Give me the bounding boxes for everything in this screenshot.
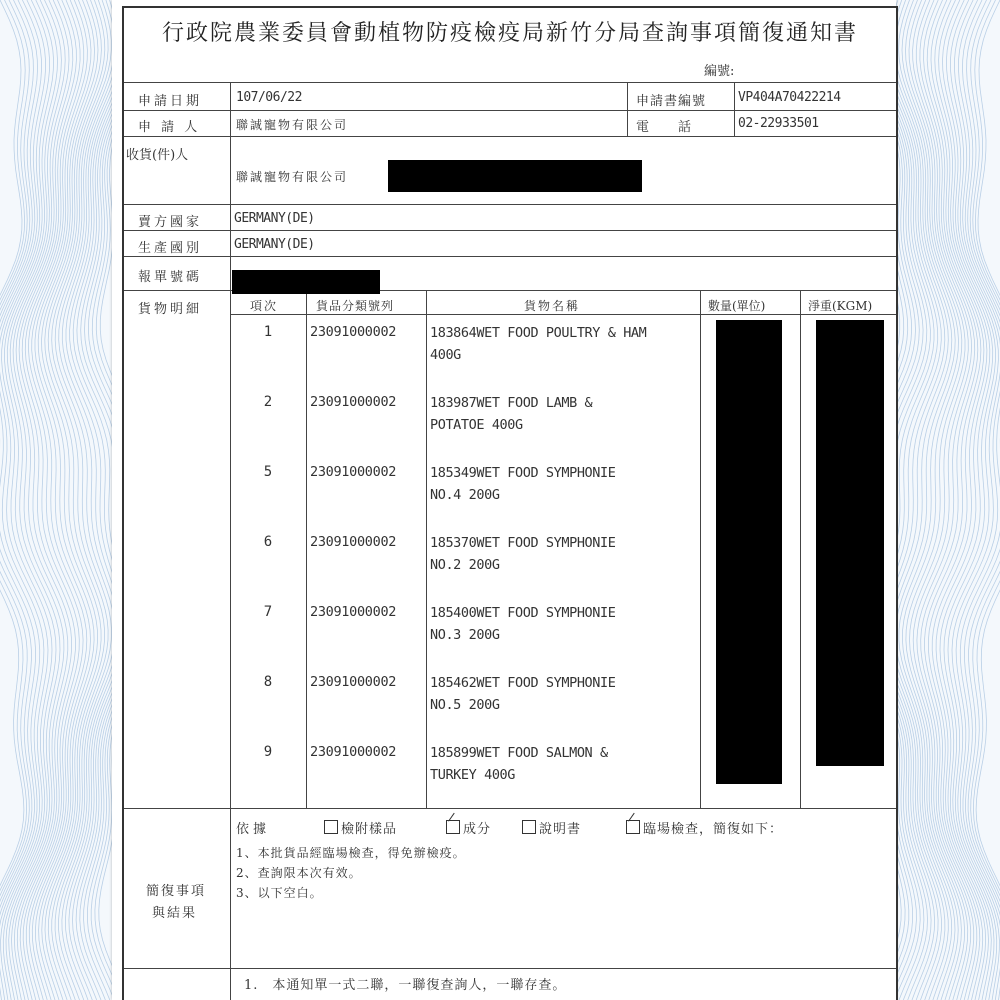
goods-row-code: 23091000002 bbox=[310, 464, 396, 480]
guilloche-background-right bbox=[880, 0, 1000, 1000]
goods-row-name-line1: 183864WET FOOD POULTRY & HAM bbox=[430, 322, 700, 344]
form-frame: 行政院農業委員會動植物防疫檢疫局新竹分局查詢事項簡復通知書 編號: 申請日期 1… bbox=[122, 6, 898, 1000]
goods-row-code: 23091000002 bbox=[310, 534, 396, 550]
header-weight: 淨重(KGM) bbox=[808, 297, 872, 314]
consignee-label: 收貨(件)人 bbox=[126, 144, 188, 163]
goods-row-name-line1: 185349WET FOOD SYMPHONIE bbox=[430, 462, 700, 484]
redacted-consignee-address bbox=[388, 160, 642, 192]
goods-row-name: 185899WET FOOD SALMON &TURKEY 400G bbox=[430, 742, 700, 786]
bill-no-label: 報單號碼 bbox=[138, 266, 202, 285]
seller-country-label: 賣方國家 bbox=[138, 211, 202, 230]
goods-row-name: 183864WET FOOD POULTRY & HAM400G bbox=[430, 322, 700, 366]
option-manual[interactable]: 說明書 bbox=[522, 818, 581, 837]
reply-label-line2: 與結果 bbox=[152, 902, 197, 921]
goods-row-name-line1: 185370WET FOOD SYMPHONIE bbox=[430, 532, 700, 554]
goods-row-code: 23091000002 bbox=[310, 394, 396, 410]
origin-country-value: GERMANY(DE) bbox=[234, 237, 315, 252]
header-name: 貨物名稱 bbox=[524, 297, 580, 314]
reply-label-line1: 簡復事項 bbox=[146, 880, 206, 899]
goods-row-name-line1: 185400WET FOOD SYMPHONIE bbox=[430, 602, 700, 624]
consignee-value: 聯誠寵物有限公司 bbox=[236, 168, 348, 185]
goods-row-item: 7 bbox=[230, 604, 306, 620]
goods-row-name-line1: 185462WET FOOD SYMPHONIE bbox=[430, 672, 700, 694]
goods-detail-label: 貨物明細 bbox=[138, 298, 202, 317]
header-item: 項次 bbox=[250, 297, 278, 314]
document-page: 行政院農業委員會動植物防疫檢疫局新竹分局查詢事項簡復通知書 編號: 申請日期 1… bbox=[112, 0, 896, 1000]
goods-row-name-line1: 183987WET FOOD LAMB & bbox=[430, 392, 700, 414]
guilloche-background-left bbox=[0, 0, 120, 1000]
checkbox-onsite-inspection[interactable] bbox=[626, 820, 640, 834]
header-code: 貨品分類號列 bbox=[316, 297, 394, 314]
goods-row-code: 23091000002 bbox=[310, 674, 396, 690]
seller-country-value: GERMANY(DE) bbox=[234, 211, 315, 226]
goods-row-name: 185370WET FOOD SYMPHONIENO.2 200G bbox=[430, 532, 700, 576]
goods-row-name-line2: POTATOE 400G bbox=[430, 414, 700, 436]
goods-row-item: 8 bbox=[230, 674, 306, 690]
goods-row-name-line2: NO.4 200G bbox=[430, 484, 700, 506]
application-date-value: 107/06/22 bbox=[236, 90, 302, 105]
goods-row-item: 6 bbox=[230, 534, 306, 550]
goods-row-name-line2: NO.3 200G bbox=[430, 624, 700, 646]
goods-row-name-line2: NO.5 200G bbox=[430, 694, 700, 716]
checkbox-manual[interactable] bbox=[522, 820, 536, 834]
goods-row-item: 9 bbox=[230, 744, 306, 760]
goods-row-name-line2: 400G bbox=[430, 344, 700, 366]
application-no-label: 申請書編號 bbox=[636, 90, 706, 109]
applicant-label: 申 請 人 bbox=[138, 116, 200, 135]
goods-row-item: 5 bbox=[230, 464, 306, 480]
header-qty: 數量(單位) bbox=[708, 297, 765, 314]
goods-row-code: 23091000002 bbox=[310, 324, 396, 340]
redacted-bill-no bbox=[232, 270, 380, 294]
goods-row-name-line1: 185899WET FOOD SALMON & bbox=[430, 742, 700, 764]
reply-item-1: 1、本批貨品經臨場檢查，得免辦檢疫。 bbox=[236, 844, 466, 861]
checkbox-ingredients[interactable] bbox=[446, 820, 460, 834]
applicant-value: 聯誠寵物有限公司 bbox=[236, 116, 348, 133]
phone-value: 02-22933501 bbox=[738, 116, 819, 131]
reply-item-2: 2、查詢限本次有效。 bbox=[236, 864, 362, 881]
option-onsite-inspection[interactable]: 臨場檢查，簡復如下： bbox=[626, 818, 783, 837]
application-date-label: 申請日期 bbox=[138, 90, 202, 109]
goods-row-name: 185349WET FOOD SYMPHONIENO.4 200G bbox=[430, 462, 700, 506]
option-sample[interactable]: 檢附樣品 bbox=[324, 818, 397, 837]
goods-row-code: 23091000002 bbox=[310, 604, 396, 620]
goods-row-item: 2 bbox=[230, 394, 306, 410]
footer-note-1: 1. 本通知單一式二聯，一聯復查詢人，一聯存查。 bbox=[244, 974, 566, 993]
origin-country-label: 生產國別 bbox=[138, 237, 202, 256]
goods-row-name: 183987WET FOOD LAMB &POTATOE 400G bbox=[430, 392, 700, 436]
reply-item-3: 3、以下空白。 bbox=[236, 884, 323, 901]
goods-row-name: 185462WET FOOD SYMPHONIENO.5 200G bbox=[430, 672, 700, 716]
serial-label: 編號: bbox=[704, 60, 734, 79]
phone-label: 電 話 bbox=[636, 116, 692, 135]
goods-row-item: 1 bbox=[230, 324, 306, 340]
checkbox-sample[interactable] bbox=[324, 820, 338, 834]
goods-row-code: 23091000002 bbox=[310, 744, 396, 760]
document-title: 行政院農業委員會動植物防疫檢疫局新竹分局查詢事項簡復通知書 bbox=[124, 16, 896, 47]
goods-row-name-line2: NO.2 200G bbox=[430, 554, 700, 576]
option-ingredients[interactable]: 成分 bbox=[446, 818, 491, 837]
goods-row-name: 185400WET FOOD SYMPHONIENO.3 200G bbox=[430, 602, 700, 646]
redacted-weight-column bbox=[816, 320, 884, 766]
goods-row-name-line2: TURKEY 400G bbox=[430, 764, 700, 786]
application-no-value: VP404A70422214 bbox=[738, 90, 841, 105]
basis-label: 依據 bbox=[236, 818, 270, 837]
redacted-quantity-column bbox=[716, 320, 782, 784]
